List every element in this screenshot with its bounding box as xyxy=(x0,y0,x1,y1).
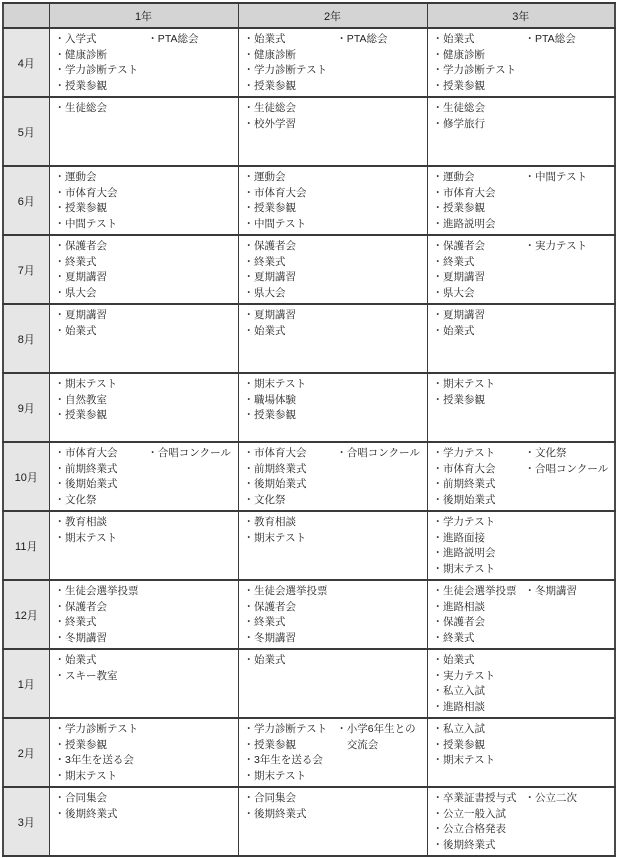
events-columns: ・学力テスト・市体育大会・前期終業式・後期始業式・文化祭・合唱コンクール xyxy=(433,446,614,508)
event-item: ・合唱コンクール xyxy=(147,446,236,462)
events-columns: ・生徒会選挙投票・保護者会・終業式・冬期講習 xyxy=(55,584,237,646)
events-right-column: ・冬期講習 xyxy=(525,584,613,600)
events-left-column: ・始業式・健康診断・学力診断テスト・授業参観 xyxy=(244,32,337,94)
events-columns: ・始業式・健康診断・学力診断テスト・授業参観・PTA総会 xyxy=(433,32,614,94)
events-left-column: ・期末テスト・授業参観 xyxy=(433,377,525,408)
events-columns: ・学力テスト・進路面接・進路説明会・期末テスト xyxy=(433,515,614,577)
events-left-column: ・生徒総会 xyxy=(55,101,148,117)
events-cell-grade3: ・始業式・健康診断・学力診断テスト・授業参観・PTA総会 xyxy=(427,28,615,97)
month-label: 1月 xyxy=(3,649,49,718)
events-cell-grade2: ・合同集会・後期終業式 xyxy=(238,787,427,856)
events-left-column: ・運動会・市体育大会・授業参観・中間テスト xyxy=(244,170,337,232)
event-item: ・保護者会 xyxy=(433,239,525,255)
event-item: ・始業式 xyxy=(433,32,525,48)
event-item: ・授業参観 xyxy=(244,201,337,217)
event-item: ・私立入試 xyxy=(433,684,525,700)
events-left-column: ・教育相談・期末テスト xyxy=(55,515,148,546)
event-item: ・保護者会 xyxy=(244,600,337,616)
month-row: 12月・生徒会選挙投票・保護者会・終業式・冬期講習・生徒会選挙投票・保護者会・終… xyxy=(3,580,615,649)
event-item: ・県大会 xyxy=(433,286,525,302)
event-item: ・3年生を送る会 xyxy=(244,753,337,769)
event-item: ・学力診断テスト xyxy=(55,722,148,738)
month-row: 10月・市体育大会・前期終業式・後期始業式・文化祭・合唱コンクール・市体育大会・… xyxy=(3,442,615,511)
events-columns: ・生徒総会・校外学習 xyxy=(244,101,426,132)
events-left-column: ・合同集会・後期終業式 xyxy=(55,791,148,822)
month-label: 8月 xyxy=(3,304,49,373)
event-item: ・市体育大会 xyxy=(433,462,525,478)
event-item: ・自然教室 xyxy=(55,393,148,409)
event-item: ・学力診断テスト xyxy=(55,63,148,79)
event-item: ・終業式 xyxy=(55,255,148,271)
event-item: ・終業式 xyxy=(433,631,525,647)
events-columns: ・学力診断テスト・授業参観・3年生を送る会・期末テスト・小学6年生との交流会 xyxy=(244,722,426,784)
annual-schedule-table: 1年 2年 3年 4月・入学式・健康診断・学力診断テスト・授業参観・PTA総会・… xyxy=(2,2,616,857)
event-item: ・文化祭 xyxy=(244,493,337,509)
events-columns: ・始業式・健康診断・学力診断テスト・授業参観・PTA総会 xyxy=(244,32,426,94)
event-item: ・夏期講習 xyxy=(433,308,525,324)
event-item: ・PTA総会 xyxy=(336,32,425,48)
event-item: ・始業式 xyxy=(55,324,148,340)
events-columns: ・生徒総会 xyxy=(55,101,237,117)
events-right-column: ・小学6年生との交流会 xyxy=(336,722,425,753)
events-left-column: ・夏期講習・始業式 xyxy=(244,308,337,339)
events-left-column: ・入学式・健康診断・学力診断テスト・授業参観 xyxy=(55,32,148,94)
events-cell-grade3: ・生徒総会・修学旅行 xyxy=(427,97,615,166)
events-right-column: ・PTA総会 xyxy=(147,32,236,48)
events-columns: ・合同集会・後期終業式 xyxy=(244,791,426,822)
events-cell-grade3: ・学力テスト・市体育大会・前期終業式・後期始業式・文化祭・合唱コンクール xyxy=(427,442,615,511)
events-cell-grade2: ・期末テスト・職場体験・授業参観 xyxy=(238,373,427,442)
events-left-column: ・期末テスト・職場体験・授業参観 xyxy=(244,377,337,424)
event-item: ・校外学習 xyxy=(244,117,337,133)
event-item: ・期末テスト xyxy=(55,377,148,393)
event-item: ・進路説明会 xyxy=(433,217,525,233)
event-item: ・終業式 xyxy=(244,615,337,631)
month-row: 6月・運動会・市体育大会・授業参観・中間テスト・運動会・市体育大会・授業参観・中… xyxy=(3,166,615,235)
events-left-column: ・夏期講習・始業式 xyxy=(55,308,148,339)
month-label: 6月 xyxy=(3,166,49,235)
event-item: ・進路面接 xyxy=(433,531,525,547)
event-item: ・期末テスト xyxy=(244,531,337,547)
events-left-column: ・生徒会選挙投票・進路相談・保護者会・終業式 xyxy=(433,584,525,646)
events-columns: ・教育相談・期末テスト xyxy=(244,515,426,546)
event-item: ・終業式 xyxy=(55,615,148,631)
event-item: ・小学6年生との交流会 xyxy=(336,722,425,753)
event-item: ・後期始業式 xyxy=(244,477,337,493)
events-columns: ・生徒会選挙投票・進路相談・保護者会・終業式・冬期講習 xyxy=(433,584,614,646)
events-left-column: ・夏期講習・始業式 xyxy=(433,308,525,339)
month-row: 4月・入学式・健康診断・学力診断テスト・授業参観・PTA総会・始業式・健康診断・… xyxy=(3,28,615,97)
events-cell-grade1: ・夏期講習・始業式 xyxy=(49,304,238,373)
events-columns: ・運動会・市体育大会・授業参観・進路説明会・中間テスト xyxy=(433,170,614,232)
event-item: ・中間テスト xyxy=(244,217,337,233)
event-item: ・冬期講習 xyxy=(525,584,613,600)
event-item: ・進路相談 xyxy=(433,700,525,716)
events-left-column: ・保護者会・終業式・夏期講習・県大会 xyxy=(55,239,148,301)
event-item: ・授業参観 xyxy=(433,738,525,754)
events-columns: ・市体育大会・前期終業式・後期始業式・文化祭・合唱コンクール xyxy=(244,446,426,508)
event-item: ・卒業証書授与式 xyxy=(433,791,525,807)
events-columns: ・入学式・健康診断・学力診断テスト・授業参観・PTA総会 xyxy=(55,32,237,94)
month-row: 7月・保護者会・終業式・夏期講習・県大会・保護者会・終業式・夏期講習・県大会・保… xyxy=(3,235,615,304)
events-columns: ・教育相談・期末テスト xyxy=(55,515,237,546)
month-label: 11月 xyxy=(3,511,49,580)
event-item: ・市体育大会 xyxy=(244,186,337,202)
event-item: ・スキー教室 xyxy=(55,669,148,685)
event-item: ・前期終業式 xyxy=(55,462,148,478)
events-left-column: ・生徒会選挙投票・保護者会・終業式・冬期講習 xyxy=(244,584,337,646)
events-columns: ・夏期講習・始業式 xyxy=(433,308,614,339)
header-empty-cell xyxy=(3,3,49,28)
events-left-column: ・始業式・健康診断・学力診断テスト・授業参観 xyxy=(433,32,525,94)
event-item: ・市体育大会 xyxy=(433,186,525,202)
events-left-column: ・運動会・市体育大会・授業参観・進路説明会 xyxy=(433,170,525,232)
events-cell-grade2: ・教育相談・期末テスト xyxy=(238,511,427,580)
event-item: ・始業式 xyxy=(244,653,337,669)
header-grade3: 3年 xyxy=(427,3,615,28)
events-left-column: ・学力診断テスト・授業参観・3年生を送る会・期末テスト xyxy=(55,722,148,784)
events-left-column: ・生徒総会・校外学習 xyxy=(244,101,337,132)
events-cell-grade1: ・期末テスト・自然教室・授業参観 xyxy=(49,373,238,442)
events-columns: ・期末テスト・自然教室・授業参観 xyxy=(55,377,237,424)
event-item: ・夏期講習 xyxy=(55,270,148,286)
events-cell-grade2: ・始業式 xyxy=(238,649,427,718)
event-item: ・進路相談 xyxy=(433,600,525,616)
event-item: ・始業式 xyxy=(55,653,148,669)
event-item: ・文化祭 xyxy=(55,493,148,509)
events-left-column: ・私立入試・授業参観・期末テスト xyxy=(433,722,525,769)
events-cell-grade3: ・保護者会・終業式・夏期講習・県大会・実力テスト xyxy=(427,235,615,304)
events-left-column: ・卒業証書授与式・公立一般入試・公立合格発表・後期終業式 xyxy=(433,791,525,853)
events-columns: ・卒業証書授与式・公立一般入試・公立合格発表・後期終業式・公立二次 xyxy=(433,791,614,853)
event-item: ・期末テスト xyxy=(433,753,525,769)
events-left-column: ・教育相談・期末テスト xyxy=(244,515,337,546)
month-row: 1月・始業式・スキー教室・始業式・始業式・実力テスト・私立入試・進路相談 xyxy=(3,649,615,718)
events-cell-grade2: ・運動会・市体育大会・授業参観・中間テスト xyxy=(238,166,427,235)
event-item: ・後期始業式 xyxy=(433,493,525,509)
events-cell-grade3: ・生徒会選挙投票・進路相談・保護者会・終業式・冬期講習 xyxy=(427,580,615,649)
event-item: ・3年生を送る会 xyxy=(55,753,148,769)
event-item: ・市体育大会 xyxy=(244,446,337,462)
month-row: 9月・期末テスト・自然教室・授業参観・期末テスト・職場体験・授業参観・期末テスト… xyxy=(3,373,615,442)
event-item: ・授業参観 xyxy=(55,79,148,95)
event-item: ・学力診断テスト xyxy=(433,63,525,79)
schedule-body: 4月・入学式・健康診断・学力診断テスト・授業参観・PTA総会・始業式・健康診断・… xyxy=(3,28,615,856)
event-item: ・冬期講習 xyxy=(244,631,337,647)
event-item: ・教育相談 xyxy=(55,515,148,531)
event-item: ・授業参観 xyxy=(55,408,148,424)
event-item: ・期末テスト xyxy=(55,531,148,547)
events-left-column: ・生徒総会・修学旅行 xyxy=(433,101,525,132)
events-left-column: ・市体育大会・前期終業式・後期始業式・文化祭 xyxy=(244,446,337,508)
event-item: ・保護者会 xyxy=(433,615,525,631)
event-item: ・実力テスト xyxy=(525,239,613,255)
events-columns: ・期末テスト・授業参観 xyxy=(433,377,614,408)
month-row: 11月・教育相談・期末テスト・教育相談・期末テスト・学力テスト・進路面接・進路説… xyxy=(3,511,615,580)
events-left-column: ・学力診断テスト・授業参観・3年生を送る会・期末テスト xyxy=(244,722,337,784)
event-item: ・生徒会選挙投票 xyxy=(55,584,148,600)
event-item: ・PTA総会 xyxy=(525,32,613,48)
events-columns: ・始業式・実力テスト・私立入試・進路相談 xyxy=(433,653,614,715)
event-item: ・授業参観 xyxy=(55,738,148,754)
events-left-column: ・運動会・市体育大会・授業参観・中間テスト xyxy=(55,170,148,232)
event-item: ・保護者会 xyxy=(244,239,337,255)
event-item: ・私立入試 xyxy=(433,722,525,738)
events-cell-grade3: ・卒業証書授与式・公立一般入試・公立合格発表・後期終業式・公立二次 xyxy=(427,787,615,856)
events-cell-grade1: ・市体育大会・前期終業式・後期始業式・文化祭・合唱コンクール xyxy=(49,442,238,511)
event-item: ・合同集会 xyxy=(244,791,337,807)
event-item: ・合同集会 xyxy=(55,791,148,807)
event-item: ・期末テスト xyxy=(433,562,525,578)
events-columns: ・運動会・市体育大会・授業参観・中間テスト xyxy=(244,170,426,232)
events-right-column: ・PTA総会 xyxy=(525,32,613,48)
event-item: ・健康診断 xyxy=(55,48,148,64)
header-grade1: 1年 xyxy=(49,3,238,28)
event-item: ・県大会 xyxy=(244,286,337,302)
events-columns: ・期末テスト・職場体験・授業参観 xyxy=(244,377,426,424)
event-item: ・授業参観 xyxy=(244,738,337,754)
events-columns: ・夏期講習・始業式 xyxy=(244,308,426,339)
events-cell-grade1: ・始業式・スキー教室 xyxy=(49,649,238,718)
event-item: ・後期終業式 xyxy=(244,807,337,823)
event-item: ・授業参観 xyxy=(433,79,525,95)
event-item: ・公立一般入試 xyxy=(433,807,525,823)
events-columns: ・保護者会・終業式・夏期講習・県大会 xyxy=(244,239,426,301)
event-item: ・入学式 xyxy=(55,32,148,48)
events-columns: ・保護者会・終業式・夏期講習・県大会・実力テスト xyxy=(433,239,614,301)
event-item: ・進路説明会 xyxy=(433,546,525,562)
event-item: ・生徒総会 xyxy=(433,101,525,117)
month-label: 3月 xyxy=(3,787,49,856)
events-cell-grade1: ・生徒総会 xyxy=(49,97,238,166)
events-cell-grade1: ・運動会・市体育大会・授業参観・中間テスト xyxy=(49,166,238,235)
month-row: 5月・生徒総会・生徒総会・校外学習・生徒総会・修学旅行 xyxy=(3,97,615,166)
event-item: ・公立合格発表 xyxy=(433,822,525,838)
events-cell-grade3: ・学力テスト・進路面接・進路説明会・期末テスト xyxy=(427,511,615,580)
event-item: ・健康診断 xyxy=(244,48,337,64)
events-right-column: ・文化祭・合唱コンクール xyxy=(525,446,613,477)
event-item: ・夏期講習 xyxy=(433,270,525,286)
event-item: ・後期終業式 xyxy=(55,807,148,823)
events-left-column: ・合同集会・後期終業式 xyxy=(244,791,337,822)
events-left-column: ・保護者会・終業式・夏期講習・県大会 xyxy=(433,239,525,301)
events-cell-grade3: ・私立入試・授業参観・期末テスト xyxy=(427,718,615,787)
events-cell-grade2: ・生徒総会・校外学習 xyxy=(238,97,427,166)
event-item: ・期末テスト xyxy=(433,377,525,393)
events-left-column: ・学力テスト・市体育大会・前期終業式・後期始業式 xyxy=(433,446,525,508)
event-item: ・修学旅行 xyxy=(433,117,525,133)
month-row: 2月・学力診断テスト・授業参観・3年生を送る会・期末テスト・学力診断テスト・授業… xyxy=(3,718,615,787)
events-cell-grade3: ・運動会・市体育大会・授業参観・進路説明会・中間テスト xyxy=(427,166,615,235)
events-cell-grade2: ・市体育大会・前期終業式・後期始業式・文化祭・合唱コンクール xyxy=(238,442,427,511)
events-cell-grade3: ・夏期講習・始業式 xyxy=(427,304,615,373)
event-item: ・PTA総会 xyxy=(147,32,236,48)
event-item: ・学力診断テスト xyxy=(244,722,337,738)
event-item: ・授業参観 xyxy=(433,201,525,217)
events-columns: ・学力診断テスト・授業参観・3年生を送る会・期末テスト xyxy=(55,722,237,784)
event-item: ・職場体験 xyxy=(244,393,337,409)
events-cell-grade2: ・始業式・健康診断・学力診断テスト・授業参観・PTA総会 xyxy=(238,28,427,97)
events-cell-grade3: ・期末テスト・授業参観 xyxy=(427,373,615,442)
event-item: ・学力テスト xyxy=(433,515,525,531)
events-right-column: ・実力テスト xyxy=(525,239,613,255)
event-item: ・学力診断テスト xyxy=(244,63,337,79)
events-columns: ・保護者会・終業式・夏期講習・県大会 xyxy=(55,239,237,301)
events-columns: ・始業式 xyxy=(244,653,426,669)
event-item: ・運動会 xyxy=(433,170,525,186)
header-row: 1年 2年 3年 xyxy=(3,3,615,28)
events-right-column: ・中間テスト xyxy=(525,170,613,186)
event-item: ・終業式 xyxy=(433,255,525,271)
event-item: ・健康診断 xyxy=(433,48,525,64)
events-cell-grade1: ・教育相談・期末テスト xyxy=(49,511,238,580)
events-columns: ・合同集会・後期終業式 xyxy=(55,791,237,822)
events-cell-grade1: ・合同集会・後期終業式 xyxy=(49,787,238,856)
events-left-column: ・学力テスト・進路面接・進路説明会・期末テスト xyxy=(433,515,525,577)
events-columns: ・私立入試・授業参観・期末テスト xyxy=(433,722,614,769)
events-columns: ・市体育大会・前期終業式・後期始業式・文化祭・合唱コンクール xyxy=(55,446,237,508)
event-item: ・中間テスト xyxy=(55,217,148,233)
event-item: ・授業参観 xyxy=(244,79,337,95)
event-item: ・保護者会 xyxy=(55,600,148,616)
event-item: ・市体育大会 xyxy=(55,446,148,462)
event-item: ・前期終業式 xyxy=(244,462,337,478)
event-item: ・教育相談 xyxy=(244,515,337,531)
event-item: ・夏期講習 xyxy=(244,308,337,324)
event-item: ・後期終業式 xyxy=(433,838,525,854)
event-item: ・冬期講習 xyxy=(55,631,148,647)
events-right-column: ・公立二次 xyxy=(525,791,613,807)
events-cell-grade1: ・保護者会・終業式・夏期講習・県大会 xyxy=(49,235,238,304)
month-label: 12月 xyxy=(3,580,49,649)
event-item: ・公立二次 xyxy=(525,791,613,807)
events-right-column: ・合唱コンクール xyxy=(147,446,236,462)
event-item: ・中間テスト xyxy=(525,170,613,186)
event-item: ・生徒会選挙投票 xyxy=(244,584,337,600)
events-right-column: ・PTA総会 xyxy=(336,32,425,48)
events-columns: ・運動会・市体育大会・授業参観・中間テスト xyxy=(55,170,237,232)
events-cell-grade2: ・生徒会選挙投票・保護者会・終業式・冬期講習 xyxy=(238,580,427,649)
events-left-column: ・生徒会選挙投票・保護者会・終業式・冬期講習 xyxy=(55,584,148,646)
event-item: ・始業式 xyxy=(433,324,525,340)
event-item: ・期末テスト xyxy=(55,769,148,785)
events-right-column: ・合唱コンクール xyxy=(336,446,425,462)
month-label: 7月 xyxy=(3,235,49,304)
events-columns: ・夏期講習・始業式 xyxy=(55,308,237,339)
events-columns: ・生徒総会・修学旅行 xyxy=(433,101,614,132)
events-left-column: ・保護者会・終業式・夏期講習・県大会 xyxy=(244,239,337,301)
event-item: ・学力テスト xyxy=(433,446,525,462)
event-item: ・前期終業式 xyxy=(433,477,525,493)
event-item: ・授業参観 xyxy=(244,408,337,424)
header-grade2: 2年 xyxy=(238,3,427,28)
event-item: ・合唱コンクール xyxy=(525,462,613,478)
event-item: ・生徒会選挙投票 xyxy=(433,584,525,600)
month-label: 9月 xyxy=(3,373,49,442)
event-item: ・始業式 xyxy=(244,32,337,48)
events-cell-grade2: ・夏期講習・始業式 xyxy=(238,304,427,373)
event-item: ・県大会 xyxy=(55,286,148,302)
event-item: ・生徒総会 xyxy=(244,101,337,117)
event-item: ・市体育大会 xyxy=(55,186,148,202)
month-label: 10月 xyxy=(3,442,49,511)
events-left-column: ・市体育大会・前期終業式・後期始業式・文化祭 xyxy=(55,446,148,508)
events-cell-grade1: ・学力診断テスト・授業参観・3年生を送る会・期末テスト xyxy=(49,718,238,787)
events-columns: ・始業式・スキー教室 xyxy=(55,653,237,684)
month-row: 8月・夏期講習・始業式・夏期講習・始業式・夏期講習・始業式 xyxy=(3,304,615,373)
event-item: ・生徒総会 xyxy=(55,101,148,117)
event-item: ・始業式 xyxy=(433,653,525,669)
events-cell-grade3: ・始業式・実力テスト・私立入試・進路相談 xyxy=(427,649,615,718)
event-item: ・後期始業式 xyxy=(55,477,148,493)
events-cell-grade1: ・入学式・健康診断・学力診断テスト・授業参観・PTA総会 xyxy=(49,28,238,97)
events-left-column: ・期末テスト・自然教室・授業参観 xyxy=(55,377,148,424)
event-item: ・実力テスト xyxy=(433,669,525,685)
event-item: ・始業式 xyxy=(244,324,337,340)
event-item: ・夏期講習 xyxy=(55,308,148,324)
events-columns: ・生徒会選挙投票・保護者会・終業式・冬期講習 xyxy=(244,584,426,646)
event-item: ・期末テスト xyxy=(244,769,337,785)
event-item: ・夏期講習 xyxy=(244,270,337,286)
event-item: ・期末テスト xyxy=(244,377,337,393)
event-item: ・文化祭 xyxy=(525,446,613,462)
event-item: ・授業参観 xyxy=(433,393,525,409)
events-cell-grade1: ・生徒会選挙投票・保護者会・終業式・冬期講習 xyxy=(49,580,238,649)
event-item: ・運動会 xyxy=(244,170,337,186)
events-left-column: ・始業式 xyxy=(244,653,337,669)
month-label: 5月 xyxy=(3,97,49,166)
event-item: ・保護者会 xyxy=(55,239,148,255)
month-row: 3月・合同集会・後期終業式・合同集会・後期終業式・卒業証書授与式・公立一般入試・… xyxy=(3,787,615,856)
event-item: ・終業式 xyxy=(244,255,337,271)
events-cell-grade2: ・保護者会・終業式・夏期講習・県大会 xyxy=(238,235,427,304)
month-label: 2月 xyxy=(3,718,49,787)
events-left-column: ・始業式・スキー教室 xyxy=(55,653,148,684)
event-item: ・合唱コンクール xyxy=(336,446,425,462)
events-left-column: ・始業式・実力テスト・私立入試・進路相談 xyxy=(433,653,525,715)
event-item: ・運動会 xyxy=(55,170,148,186)
event-item: ・授業参観 xyxy=(55,201,148,217)
month-label: 4月 xyxy=(3,28,49,97)
events-cell-grade2: ・学力診断テスト・授業参観・3年生を送る会・期末テスト・小学6年生との交流会 xyxy=(238,718,427,787)
